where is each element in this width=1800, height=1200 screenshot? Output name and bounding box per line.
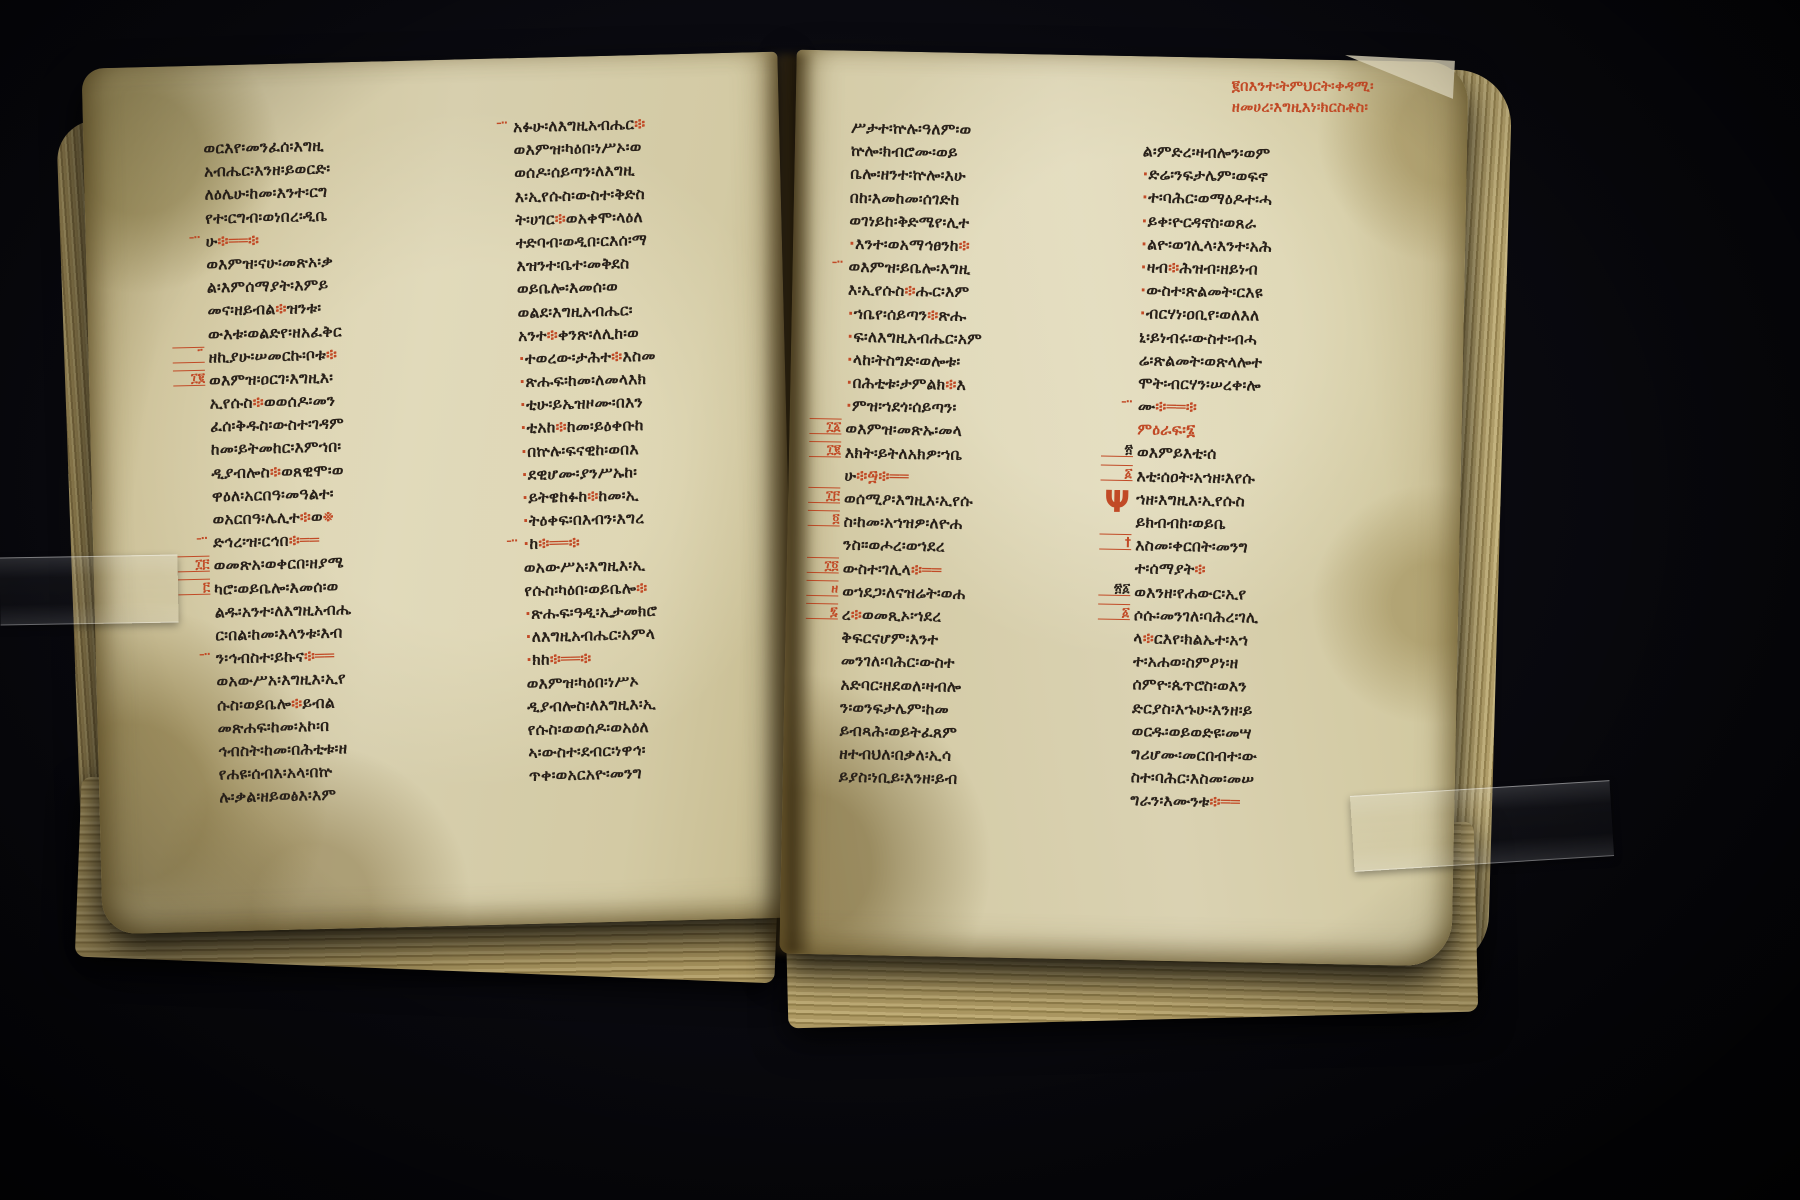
margin-numeral: ፩	[1101, 464, 1133, 481]
text-line: ይያስ፡ነቢይ፡እንዘ፡ይብ	[839, 766, 1125, 795]
margin-numeral: ፳	[1101, 441, 1133, 457]
margin-numeral: ፟	[172, 347, 204, 364]
margin-ornament-icon: Ψ	[1096, 487, 1131, 518]
margin-numeral: ፲፫	[177, 555, 209, 572]
margin-squiggle-mark: –··	[1086, 394, 1132, 409]
curled-page-corner	[1343, 55, 1455, 99]
photograph-scene: ወርእየ፡መንፈሰ፡እግዚአብሔር፡እንዘ፡ይወርድ፡ለዕሌሁ፡ከመ፡እንተ፡ር…	[0, 0, 1800, 1200]
margin-numeral: †	[1099, 534, 1131, 551]
margin-squiggle-mark: –··	[161, 532, 207, 547]
left-page-column-1: ወርእየ፡መንፈሰ፡እግዚአብሔር፡እንዘ፡ይወርድ፡ለዕሌሁ፡ከመ፡እንተ፡ር…	[203, 130, 519, 810]
text-line: ዘመሀረ፡እግዚእነ፡ክርስቶስ፡	[1232, 98, 1532, 120]
book-gutter-shadow	[762, 54, 814, 954]
margin-squiggle-mark: –··	[471, 534, 517, 549]
acrylic-weight-strip-right	[1350, 780, 1614, 872]
margin-squiggle-mark: –··	[461, 116, 507, 131]
margin-numeral: ፳፩	[1098, 580, 1130, 596]
margin-squiggle-mark: –··	[164, 648, 210, 663]
margin-numeral: ፲፩	[809, 418, 841, 435]
right-page-column-2: ል፡ምድረ፡ዛብሎን፡ወም·ድሬ፡ንፍታሌም፡ወፍኖ·ተ፡ባሕር፡ወማዕዶተ፡ሓ…	[1130, 140, 1449, 818]
right-page-column-1: ሥታተ፡ኵሉ፡ዓለም፡ወኵሎ፡ክብሮሙ፡ወይቤሎ፡ዘንተ፡ኵሎ፡እሁበከ፡እመከ…	[839, 117, 1138, 795]
margin-numeral: ፫	[178, 578, 210, 595]
manuscript-left-page: ወርእየ፡መንፈሰ፡እግዚአብሔር፡እንዘ፡ይወርድ፡ለዕሌሁ፡ከመ፡እንተ፡ር…	[82, 52, 799, 935]
margin-numeral: ፲፪	[173, 370, 205, 387]
margin-squiggle-mark: –··	[154, 231, 200, 246]
acrylic-weight-strip-left	[0, 554, 179, 625]
margin-numeral: ፩	[1098, 604, 1130, 621]
